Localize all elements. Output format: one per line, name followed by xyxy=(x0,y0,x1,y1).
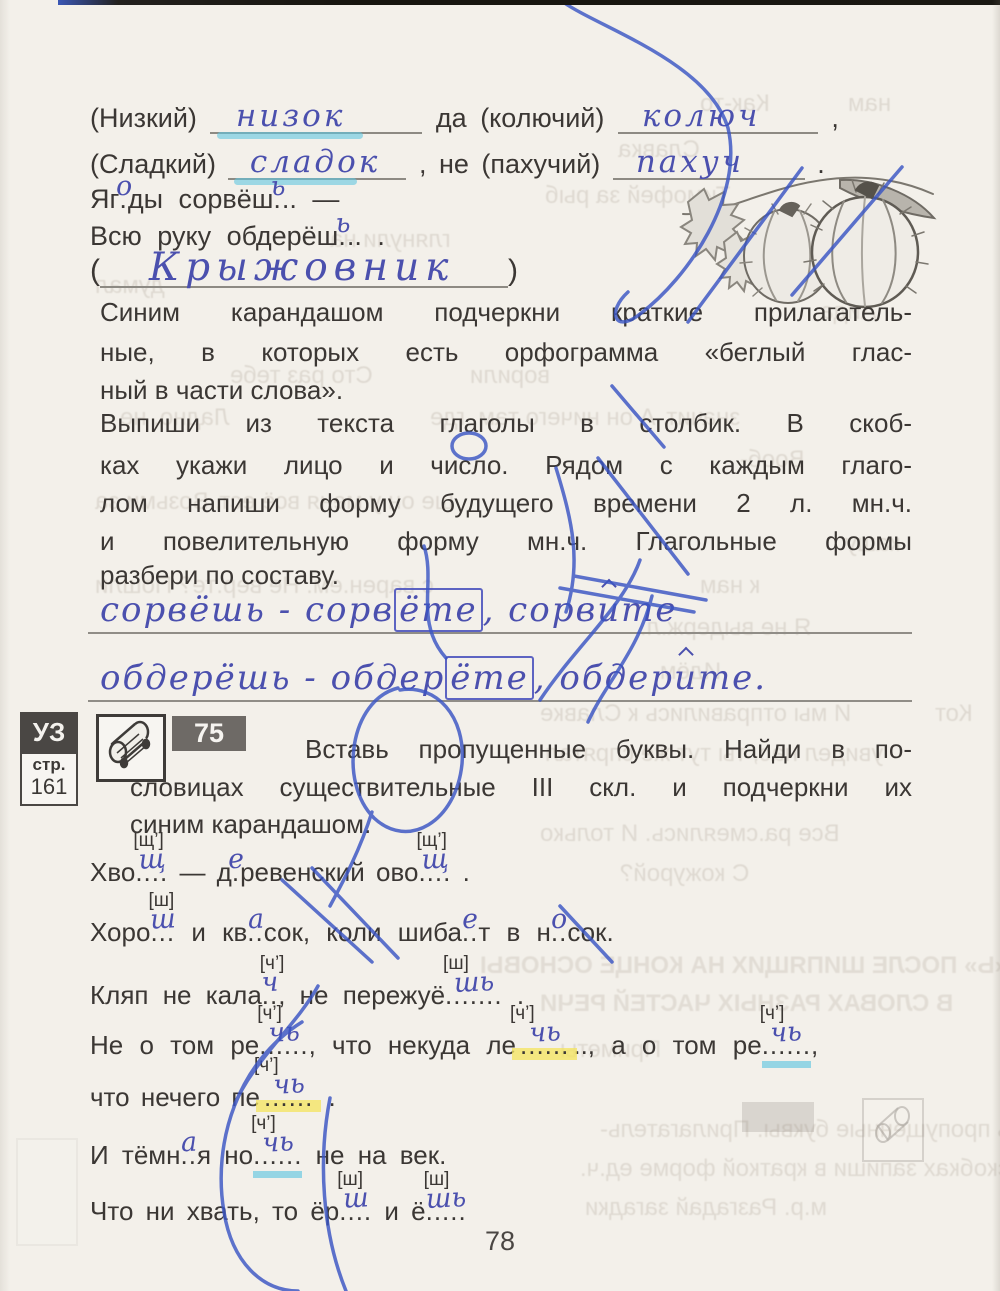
letter-gap: [щ’]....щ xyxy=(135,857,168,888)
handwritten-fill: колюч xyxy=(642,98,761,134)
letter-gap: .е xyxy=(232,857,240,888)
printed-text: , xyxy=(811,1030,818,1060)
task-text-line: ный в части слова». xyxy=(100,373,912,407)
handwritten-text: сорвёшь - сорв xyxy=(100,590,394,630)
printed-text: . xyxy=(805,149,825,179)
handwritten-fill: ь xyxy=(270,171,286,203)
handwritten-text: , сорв xyxy=(483,590,598,630)
exercise-text-line: Вставь пропущенные буквы. Найди в по- xyxy=(305,732,912,766)
scan-edge-right xyxy=(992,0,1000,1291)
handwritten-fill: о xyxy=(115,171,133,203)
printed-text: , что некуда ле xyxy=(309,1030,516,1060)
handwritten-fill: щ xyxy=(421,843,450,875)
handwritten-letter-with-caret: и xyxy=(674,658,698,698)
handwritten-text: обдерёшь - обдер xyxy=(100,658,445,698)
handwritten-boxed-ending: ёте xyxy=(394,588,482,632)
letter-gap: [ч’]......чь xyxy=(512,1030,577,1061)
handwritten-fill: а xyxy=(180,1127,198,1159)
printed-text: Хоро xyxy=(90,917,150,947)
dictation-line: Яг.оды сорвёш.ь.. — xyxy=(90,184,339,215)
printed-text: , xyxy=(818,103,839,133)
answer-blank: колюч xyxy=(618,100,818,134)
handwritten-answer-line: сорвёшь - сорвёте, сорвите xyxy=(100,590,678,630)
handwritten-fill: е xyxy=(461,904,479,936)
answer-blank: низок xyxy=(210,100,422,134)
handwritten-fill: чь xyxy=(528,1016,561,1049)
handwritten-text: те. xyxy=(698,658,767,698)
handwritten-fill: чь xyxy=(770,1016,803,1049)
printed-text: , не пережуё xyxy=(278,980,445,1010)
printed-text: Не о том ре xyxy=(90,1030,259,1060)
task-text-line: ках укажи лицо и число. Рядом с каждым г… xyxy=(100,448,912,482)
exercise-text-line: словицах существительные III скл. и подч… xyxy=(130,770,912,804)
bleed-through-text: м.р. Разгадай загадки xyxy=(585,1194,827,1222)
handwritten-fill: ш xyxy=(149,903,176,935)
dictation-line: (Низкий) низок да (колючий) колюч , xyxy=(90,100,839,134)
handwritten-fill: ь xyxy=(334,208,350,240)
printed-text: ды сорвёш xyxy=(128,184,274,214)
printed-text: — д xyxy=(168,857,232,887)
handwritten-fill: ш xyxy=(342,1182,369,1214)
task-text-line: Выпиши из текста глаголы в столбик. В ск… xyxy=(100,406,912,440)
handwritten-fill: низок xyxy=(236,98,345,134)
printed-text: не на век. xyxy=(302,1140,446,1170)
letter-gap: [ч’]......чь xyxy=(253,1140,302,1178)
proverb-line: Кляп не кала[ч’]..ч, не пережуё[ш]......… xyxy=(90,980,524,1011)
letter-gap: [ш]....ш xyxy=(339,1196,372,1227)
printed-text: .., а о том ре xyxy=(573,1030,761,1060)
handwritten-boxed-ending: ёте xyxy=(445,656,533,700)
printed-text: Хво xyxy=(90,857,135,887)
task-text-line: лом напиши форму будущего времени 2 л. м… xyxy=(100,486,912,520)
letter-gap: [ш].....шь xyxy=(426,1196,467,1227)
handwritten-text: те xyxy=(621,590,677,630)
printed-text: , не (пахучий) xyxy=(406,149,612,179)
margin-page-number: 161 xyxy=(22,775,76,799)
proverb-line: Что ни хвать, то ёр[ш]....ш и ё[ш].....ш… xyxy=(90,1196,467,1227)
printed-text: я но xyxy=(197,1140,253,1170)
page-number: 78 xyxy=(460,1226,540,1257)
riddle-answer-line: (Крыжовник) xyxy=(90,254,518,288)
bleed-through-text: В СЛОВАХ РАЗНЫХ ЧАСТЕЙ РЕЧИ xyxy=(540,990,953,1018)
answer-blank: сладок xyxy=(228,146,406,180)
proverb-line: Хво[щ’]....щ — д.еревенский ово[щ’]....щ… xyxy=(90,857,470,888)
printed-text: Что ни хвать, то ёр xyxy=(90,1196,339,1226)
margin-uz-badge: УЗ xyxy=(20,712,78,752)
printed-text: ( xyxy=(90,254,100,287)
letter-gap: [ш].......шь xyxy=(445,980,503,1011)
handwritten-fill: а xyxy=(247,904,265,936)
printed-text: ревенский ово xyxy=(240,857,418,887)
printed-text: Кляп не кала xyxy=(90,980,262,1010)
printed-text: т в н xyxy=(478,917,551,947)
handwritten-fill: Крыжовник xyxy=(149,245,455,290)
letter-gap: [щ’]....щ xyxy=(418,857,451,888)
printed-text: .. — xyxy=(282,184,340,214)
printed-text: Яг xyxy=(90,184,119,214)
workbook-page: Как-тонамСлавкаТимофей за рыбглянули над… xyxy=(0,0,1000,1291)
task-text-line: и повелительную форму мн.ч. Глагольные ф… xyxy=(100,524,912,558)
printed-text: . xyxy=(451,857,469,887)
handwritten-fill: е xyxy=(227,844,245,876)
letter-gap: ..о xyxy=(551,917,567,948)
printed-text: и кв xyxy=(175,917,247,947)
handwritten-fill: щ xyxy=(137,843,166,875)
printed-text: (Сладкий) xyxy=(90,149,228,179)
handwritten-fill: о xyxy=(550,904,568,936)
ruled-line xyxy=(88,700,912,702)
proverb-line: Хоро[ш]...ш и кв..асок, коли шиба..ет в … xyxy=(90,917,614,948)
scan-edge-left xyxy=(0,0,10,1291)
handwritten-fill: чь xyxy=(272,1068,305,1101)
bleed-through-text: И мы отправились к Славке xyxy=(540,700,851,728)
bleed-through-text: Кот xyxy=(935,700,973,728)
answer-blank: Крыжовник xyxy=(100,254,508,288)
bleed-through-text: ные в скобках запиши в краткой форме ед.… xyxy=(580,1155,1000,1183)
proverb-line: что нечего пе[ч’]......чь . xyxy=(90,1082,336,1113)
answer-blank: пахуч xyxy=(613,146,805,180)
printed-text: что нечего пе xyxy=(90,1082,260,1112)
handwritten-text: , обдер xyxy=(534,658,674,698)
proverb-line: Не о том ре[ч’]......чь, что некуда ле[ч… xyxy=(90,1030,818,1068)
printed-text: и ё xyxy=(372,1196,425,1226)
letter-gap: .о xyxy=(119,184,128,215)
task-text-line: ные, в которых есть орфограмма «беглый г… xyxy=(100,335,912,369)
printed-text: сок, коли шиба xyxy=(264,917,462,947)
printed-text: (Низкий) xyxy=(90,103,210,133)
task-text-line: разбери по составу. xyxy=(100,558,912,592)
printed-text: И тёмн xyxy=(90,1140,181,1170)
bleed-through-text: С кожурой? xyxy=(620,860,749,888)
exercise-text-line: синим карандашом. xyxy=(130,807,912,841)
scan-edge-top xyxy=(58,0,1000,5)
printed-text: ) xyxy=(508,254,518,287)
letter-gap: ..а xyxy=(181,1140,197,1171)
handwritten-fill: пахуч xyxy=(636,144,744,180)
dictation-line: (Сладкий) сладок , не (пахучий) пахуч . xyxy=(90,146,825,180)
bleed-through-text: нам xyxy=(848,90,891,118)
handwritten-fill: чь xyxy=(261,1126,294,1159)
handwritten-fill: шь xyxy=(425,1182,467,1215)
task-text-line: Синим карандашом подчеркни краткие прила… xyxy=(100,295,912,329)
gooseberry-illustration xyxy=(628,164,950,314)
handwritten-fill: ч xyxy=(261,967,279,999)
letter-gap: [ч’]......чь xyxy=(256,1082,321,1113)
letter-gap: [ш]...ш xyxy=(150,917,175,948)
handwritten-answer-line: обдерёшь - обдерёте, обдерите. xyxy=(100,658,767,698)
letter-gap: ..а xyxy=(247,917,263,948)
printed-text: сок. xyxy=(567,917,613,947)
proverb-line: И тёмн..ая но[ч’]......чь не на век. xyxy=(90,1140,446,1178)
margin-page-word: стр. xyxy=(22,756,76,775)
handwritten-fill: чь xyxy=(267,1016,300,1049)
handwritten-fill: шь xyxy=(453,966,495,999)
exercise-number-badge: 75 xyxy=(172,716,246,751)
letter-gap: .ь xyxy=(273,184,282,215)
handwritten-letter-with-caret: и xyxy=(597,590,621,630)
margin-page-ref: стр. 161 xyxy=(20,752,78,806)
printed-text: да (колючий) xyxy=(422,103,617,133)
bleed-through-text: «Ь» ПОСЛЕ ШИПЯЩИХ НА КОНЦЕ ОСНОВЫ xyxy=(480,952,1000,980)
bleed-through-text: Вставь пропущенные буквы. Прилагатель- xyxy=(600,1116,1000,1144)
ruled-line xyxy=(88,632,912,634)
letter-gap: ..е xyxy=(462,917,478,948)
letter-gap: [ч’]......чь xyxy=(762,1030,811,1068)
